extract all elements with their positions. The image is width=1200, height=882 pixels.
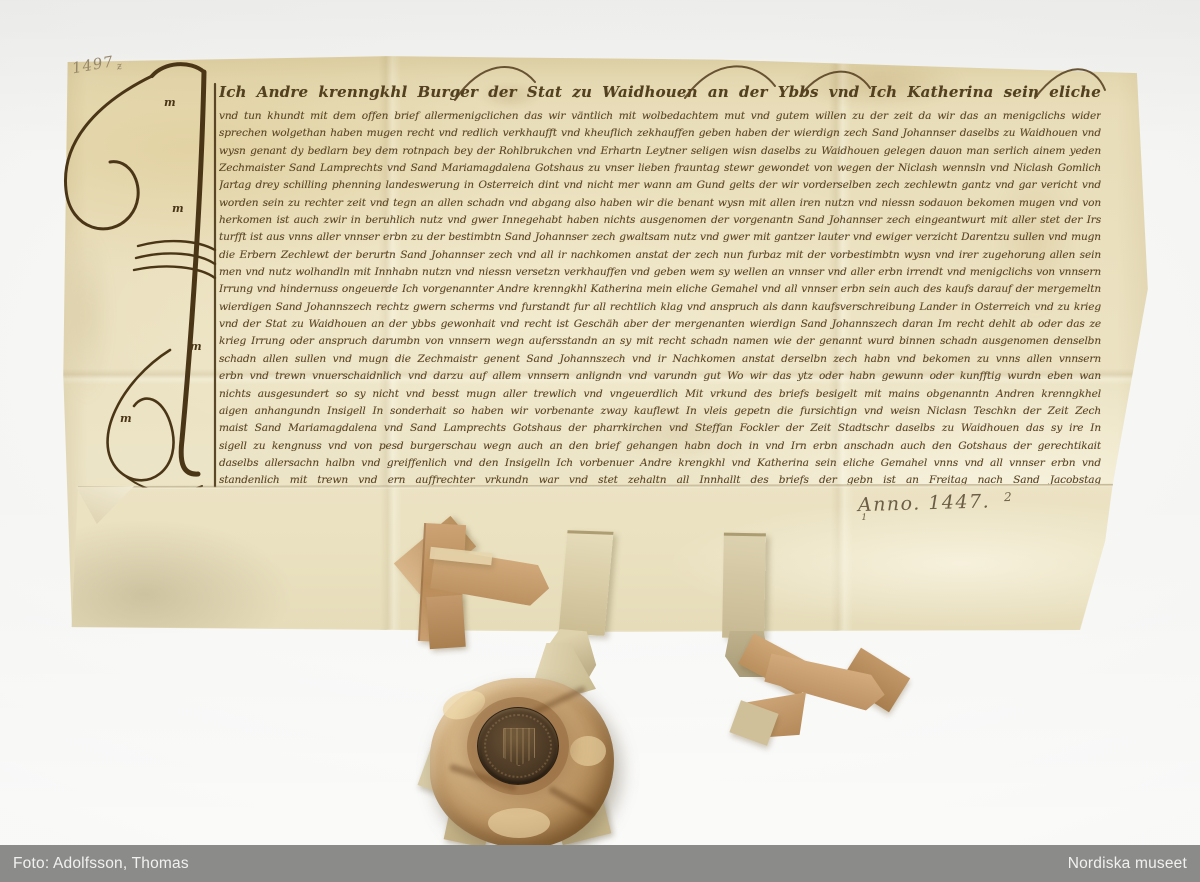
marginal-mark: m [172,202,184,215]
museum-name: Nordiska museet [1068,855,1187,873]
manuscript-line: schadn allen sullen vnd mugn die Zechmai… [219,351,1101,368]
manuscript-line: Irrung vnd hindernuss ongeuerde Ich vorg… [219,281,1101,298]
seal-strip [559,530,614,636]
manuscript-line: wysn genant dy bedlarn bey dem rotnpach … [219,143,1101,160]
marginal-mark: m [164,96,176,109]
manuscript-line: herkomen ist auch zwir in beruhlich nutz… [219,212,1101,229]
manuscript-line: vnd der Stat zu Waidhouen an der ybbs ge… [219,316,1101,333]
photo-credit: Foto: Adolfsson, Thomas [13,855,189,873]
manuscript-line: Zechmaister Sand Lamprechts vnd Sand Mar… [219,160,1101,177]
manuscript-line: nichts ausgesundert so sy nicht vnd bess… [219,386,1101,403]
manuscript-line: erbn vnd trewn vnuerschaidnlich vnd darz… [219,368,1101,385]
wax-lump [488,808,550,838]
manuscript-line: worden sein zu rechter zeit vnd tegn an … [219,195,1101,212]
anno-1447-note: Anno. 1447.21 [858,490,1013,523]
marginal-mark: m [190,340,202,353]
photo-stage: 1497ƶ m m m m Ich Andre krenn [0,0,1200,882]
manuscript-line: maist Sand Mariamagdalena vnd Sand Lampr… [219,420,1101,437]
manuscript-line: sigell zu kengnuss vnd von pesd burgersc… [219,438,1101,455]
wax-lump [439,685,489,724]
parchment-tag-knot-left [426,595,466,649]
manuscript-line: aigen anhangundn Insigell In sonderhait … [219,403,1101,420]
manuscript-line: men vnd nutz wolhandln mit Innhabn nutzn… [219,264,1101,281]
parchment-tag-strip-right [722,533,766,639]
wax-lump [570,736,606,766]
decorative-initial: m m m m [52,50,227,505]
wax-crevice [548,785,597,817]
marginal-mark: m [120,412,132,425]
manuscript-line: sprechen wolgethan haben mugen recht vnd… [219,125,1101,142]
manuscript-line: turfft ist aus vnns aller vnnser erbn zu… [219,229,1101,246]
manuscript-line: die Erbern Zechlewt der berurtn Sand Joh… [219,247,1101,264]
seal-matrix-impression [477,707,559,785]
manuscript-line: Jartag drey schilling phenning landeswer… [219,177,1101,194]
manuscript-line: wierdigen Sand Johannszech rechtz gwern … [219,299,1101,316]
caption-bar: Foto: Adolfsson, Thomas Nordiska museet [0,845,1200,882]
manuscript-line: daselbs allersachn halbn vnd greiffenlic… [219,455,1101,472]
first-line-flourishes [215,48,1115,118]
manuscript-text: Ich Andre krenngkhl Burger der Stat zu W… [219,79,1101,507]
manuscript-line: krieg Irrung oder anspruch darumbn von v… [219,333,1101,350]
